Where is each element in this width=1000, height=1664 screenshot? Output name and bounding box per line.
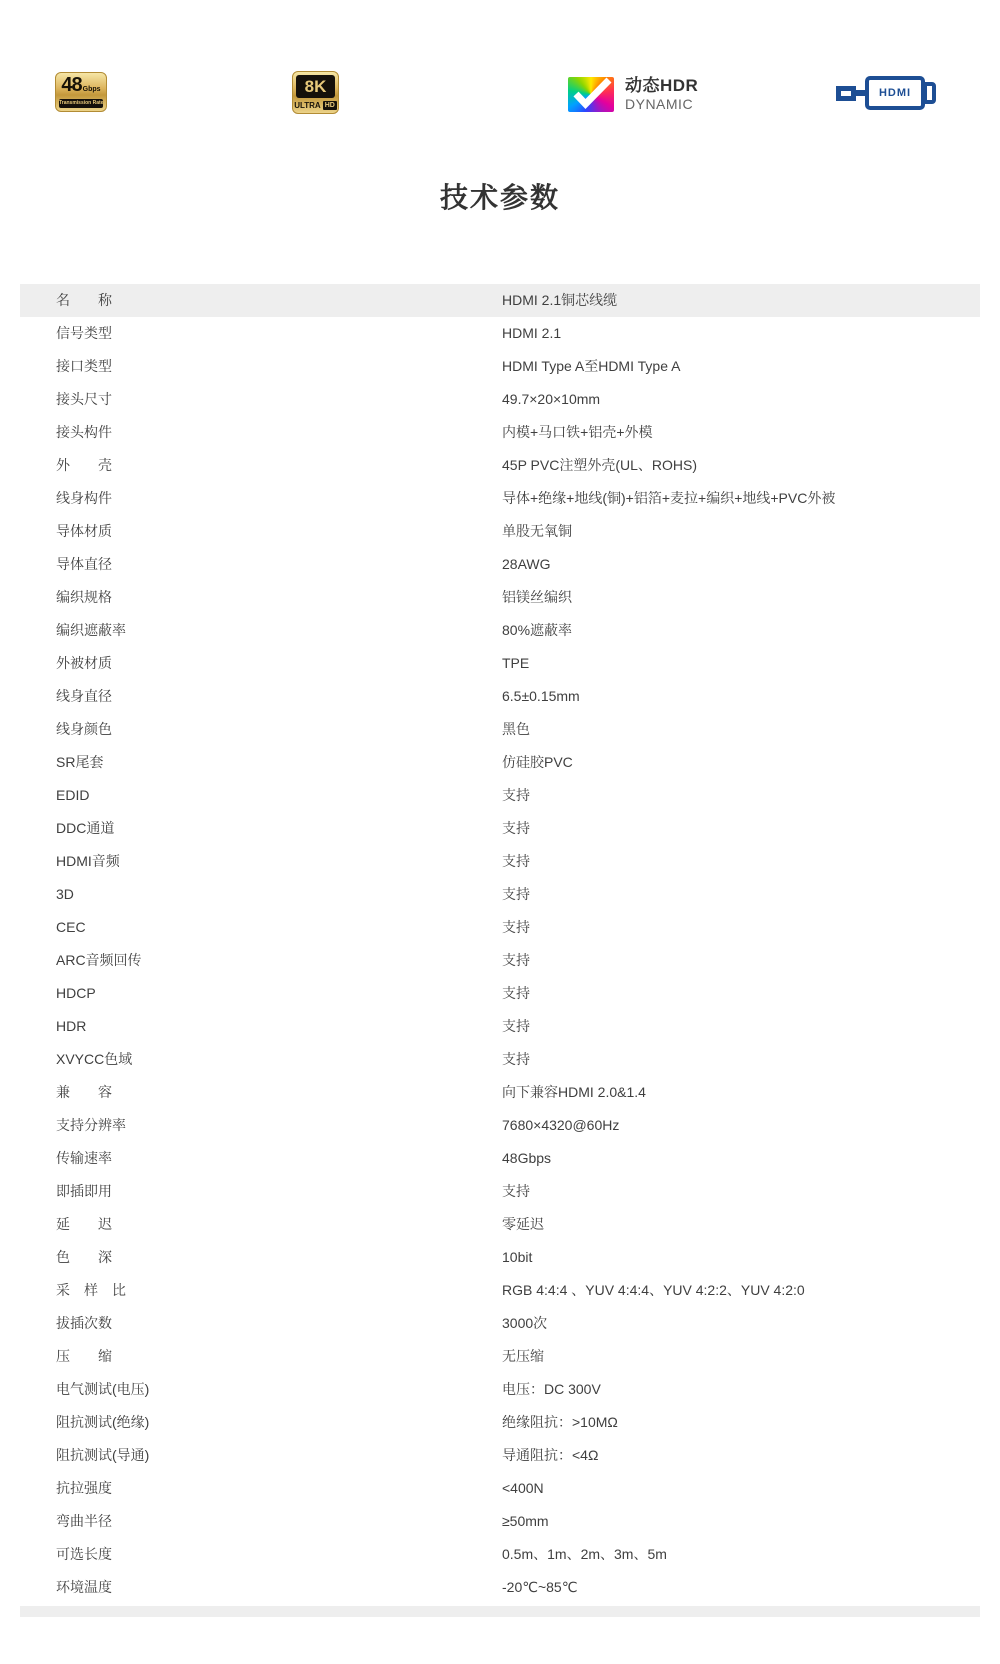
spec-value: HDMI 2.1铜芯线缆 xyxy=(502,284,980,317)
8k-label: 8K xyxy=(305,78,327,95)
spec-label: HDMI音频 xyxy=(56,845,502,878)
spec-value: 内模+马口铁+铝壳+外模 xyxy=(502,416,980,449)
spec-label: 抗拉强度 xyxy=(56,1472,502,1505)
spec-label: 3D xyxy=(56,878,502,911)
spec-value: 3000次 xyxy=(502,1307,980,1340)
table-row: 接头构件 内模+马口铁+铝壳+外模 xyxy=(20,416,980,449)
spec-value: 支持 xyxy=(502,1175,980,1208)
spec-value: 支持 xyxy=(502,812,980,845)
table-row: 支持分辨率 7680×4320@60Hz xyxy=(20,1109,980,1142)
spec-value: 45P PVC注塑外壳(UL、ROHS) xyxy=(502,449,980,482)
48gbps-caption: Transmission Rate xyxy=(59,99,103,108)
spec-label: 环境温度 xyxy=(56,1571,502,1604)
hdmi-plug-tip xyxy=(923,82,936,104)
table-row: 拔插次数 3000次 xyxy=(20,1307,980,1340)
hdmi-connector-icon: HDMI xyxy=(836,76,936,110)
table-row: 编织遮蔽率 80%遮蔽率 xyxy=(20,614,980,647)
spec-label: 压 缩 xyxy=(56,1340,502,1373)
spec-label: HDR xyxy=(56,1010,502,1043)
spec-label: 信号类型 xyxy=(56,317,502,350)
spec-label: ARC音频回传 xyxy=(56,944,502,977)
spec-value: 支持 xyxy=(502,878,980,911)
spec-value: 6.5±0.15mm xyxy=(502,680,980,713)
spec-label: 阻抗测试(绝缘) xyxy=(56,1406,502,1439)
spec-value: 49.7×20×10mm xyxy=(502,383,980,416)
spec-table: 名 称 HDMI 2.1铜芯线缆 信号类型 HDMI 2.1 接口类型 HDMI… xyxy=(20,284,980,1604)
dynamic-hdr-badge: 动态HDR DYNAMIC xyxy=(568,77,698,112)
spec-label: 电气测试(电压) xyxy=(56,1373,502,1406)
table-row: 3D 支持 xyxy=(20,878,980,911)
spec-label: 外被材质 xyxy=(56,647,502,680)
table-row: 编织规格 铝镁丝编织 xyxy=(20,581,980,614)
table-row: XVYCC色域 支持 xyxy=(20,1043,980,1076)
spec-value: HDMI Type A至HDMI Type A xyxy=(502,350,980,383)
feature-badge-strip: 48 Gbps Transmission Rate 8K ULTRA HD 动态… xyxy=(0,0,1000,170)
table-row: 信号类型 HDMI 2.1 xyxy=(20,317,980,350)
48gbps-unit: Gbps xyxy=(83,86,101,93)
spec-label: 接头尺寸 xyxy=(56,383,502,416)
spec-value: RGB 4:4:4 、YUV 4:4:4、YUV 4:2:2、YUV 4:2:0 xyxy=(502,1274,980,1307)
table-row: 环境温度 -20℃~85℃ xyxy=(20,1571,980,1604)
table-row: 兼 容 向下兼容HDMI 2.0&1.4 xyxy=(20,1076,980,1109)
table-row: 线身直径 6.5±0.15mm xyxy=(20,680,980,713)
table-row: HDR 支持 xyxy=(20,1010,980,1043)
spec-value: HDMI 2.1 xyxy=(502,317,980,350)
table-row: EDID 支持 xyxy=(20,779,980,812)
hdr-badge-text: 动态HDR DYNAMIC xyxy=(625,77,698,112)
bottom-divider-bar xyxy=(20,1606,980,1617)
table-row: 外被材质 TPE xyxy=(20,647,980,680)
spec-value: 7680×4320@60Hz xyxy=(502,1109,980,1142)
spec-label: SR尾套 xyxy=(56,746,502,779)
table-row: CEC 支持 xyxy=(20,911,980,944)
table-row: 接头尺寸 49.7×20×10mm xyxy=(20,383,980,416)
ultra-label: ULTRA xyxy=(294,101,321,110)
spec-value: -20℃~85℃ xyxy=(502,1571,980,1604)
spec-label: 弯曲半径 xyxy=(56,1505,502,1538)
spec-label: 支持分辨率 xyxy=(56,1109,502,1142)
spec-value: 0.5m、1m、2m、3m、5m xyxy=(502,1538,980,1571)
table-row: 可选长度 0.5m、1m、2m、3m、5m xyxy=(20,1538,980,1571)
spec-label: XVYCC色域 xyxy=(56,1043,502,1076)
page-title: 技术参数 xyxy=(0,170,1000,225)
spec-label: HDCP xyxy=(56,977,502,1010)
table-row: SR尾套 仿硅胶PVC xyxy=(20,746,980,779)
spec-label: 线身直径 xyxy=(56,680,502,713)
spec-value: 支持 xyxy=(502,944,980,977)
hd-tag: HD xyxy=(323,101,337,110)
spec-label: 导体直径 xyxy=(56,548,502,581)
8k-ultra-hd-badge: 8K ULTRA HD xyxy=(292,71,339,114)
spec-label: EDID xyxy=(56,779,502,812)
spec-value: 10bit xyxy=(502,1241,980,1274)
spec-value: 仿硅胶PVC xyxy=(502,746,980,779)
table-row: 导体材质 单股无氧铜 xyxy=(20,515,980,548)
spec-value: 支持 xyxy=(502,911,980,944)
spec-value: 绝缘阻抗：>10MΩ xyxy=(502,1406,980,1439)
spec-value: 支持 xyxy=(502,845,980,878)
table-row: 接口类型 HDMI Type A至HDMI Type A xyxy=(20,350,980,383)
table-row: 采 样 比 RGB 4:4:4 、YUV 4:4:4、YUV 4:2:2、YUV… xyxy=(20,1274,980,1307)
hdmi-plug-body: HDMI xyxy=(865,76,925,110)
spec-value: 支持 xyxy=(502,1010,980,1043)
spec-value: 铝镁丝编织 xyxy=(502,581,980,614)
spec-value: 单股无氧铜 xyxy=(502,515,980,548)
spec-label: 延 迟 xyxy=(56,1208,502,1241)
hdmi-plug-end xyxy=(836,86,856,101)
spec-value: 支持 xyxy=(502,1043,980,1076)
spec-label: 接口类型 xyxy=(56,350,502,383)
rainbow-check-icon xyxy=(568,77,614,112)
table-row: 传输速率 48Gbps xyxy=(20,1142,980,1175)
spec-label: 可选长度 xyxy=(56,1538,502,1571)
hdr-subtitle: DYNAMIC xyxy=(625,96,698,112)
table-row: 色 深 10bit xyxy=(20,1241,980,1274)
48gbps-badge-top: 48 Gbps xyxy=(56,73,106,95)
table-row: 抗拉强度 <400N xyxy=(20,1472,980,1505)
spec-label: 传输速率 xyxy=(56,1142,502,1175)
spec-value: ≥50mm xyxy=(502,1505,980,1538)
spec-value: 黑色 xyxy=(502,713,980,746)
spec-label: 线身颜色 xyxy=(56,713,502,746)
spec-value: 零延迟 xyxy=(502,1208,980,1241)
table-row: 外 壳 45P PVC注塑外壳(UL、ROHS) xyxy=(20,449,980,482)
table-row: 电气测试(电压) 电压：DC 300V xyxy=(20,1373,980,1406)
spec-value: 无压缩 xyxy=(502,1340,980,1373)
spec-label: 外 壳 xyxy=(56,449,502,482)
table-row: 名 称 HDMI 2.1铜芯线缆 xyxy=(20,284,980,317)
spec-label: 阻抗测试(导通) xyxy=(56,1439,502,1472)
spec-label: 色 深 xyxy=(56,1241,502,1274)
table-row: HDCP 支持 xyxy=(20,977,980,1010)
spec-label: 编织规格 xyxy=(56,581,502,614)
spec-label: 编织遮蔽率 xyxy=(56,614,502,647)
spec-label: 导体材质 xyxy=(56,515,502,548)
spec-label: 接头构件 xyxy=(56,416,502,449)
spec-label: 名 称 xyxy=(56,284,502,317)
48gbps-value: 48 xyxy=(61,75,81,95)
spec-label: 拔插次数 xyxy=(56,1307,502,1340)
spec-label: CEC xyxy=(56,911,502,944)
table-row: 阻抗测试(导通) 导通阻抗：<4Ω xyxy=(20,1439,980,1472)
hdmi-label: HDMI xyxy=(879,87,911,99)
spec-value: 支持 xyxy=(502,779,980,812)
table-row: ARC音频回传 支持 xyxy=(20,944,980,977)
spec-value: 导通阻抗：<4Ω xyxy=(502,1439,980,1472)
spec-value: 向下兼容HDMI 2.0&1.4 xyxy=(502,1076,980,1109)
spec-label: 线身构件 xyxy=(56,482,502,515)
spec-value: 28AWG xyxy=(502,548,980,581)
table-row: 阻抗测试(绝缘) 绝缘阻抗：>10MΩ xyxy=(20,1406,980,1439)
table-row: 线身构件 导体+绝缘+地线(铜)+铝箔+麦拉+编织+地线+PVC外被 xyxy=(20,482,980,515)
48gbps-badge: 48 Gbps Transmission Rate xyxy=(55,72,107,112)
table-row: 即插即用 支持 xyxy=(20,1175,980,1208)
table-row: HDMI音频 支持 xyxy=(20,845,980,878)
table-row: 压 缩 无压缩 xyxy=(20,1340,980,1373)
8k-badge-bottom: ULTRA HD xyxy=(296,98,335,113)
spec-label: 兼 容 xyxy=(56,1076,502,1109)
spec-label: 即插即用 xyxy=(56,1175,502,1208)
spec-value: <400N xyxy=(502,1472,980,1505)
hdmi-plug-bar xyxy=(856,90,865,96)
table-row: DDC通道 支持 xyxy=(20,812,980,845)
spec-value: 支持 xyxy=(502,977,980,1010)
spec-value: 电压：DC 300V xyxy=(502,1373,980,1406)
table-row: 延 迟 零延迟 xyxy=(20,1208,980,1241)
spec-label: 采 样 比 xyxy=(56,1274,502,1307)
spec-label: DDC通道 xyxy=(56,812,502,845)
spec-value: 80%遮蔽率 xyxy=(502,614,980,647)
product-spec-page: 48 Gbps Transmission Rate 8K ULTRA HD 动态… xyxy=(0,0,1000,1664)
table-row: 线身颜色 黑色 xyxy=(20,713,980,746)
spec-value: TPE xyxy=(502,647,980,680)
table-row: 导体直径 28AWG xyxy=(20,548,980,581)
hdr-title: 动态HDR xyxy=(625,77,698,96)
table-row: 弯曲半径 ≥50mm xyxy=(20,1505,980,1538)
8k-badge-screen: 8K xyxy=(296,75,335,98)
spec-value: 导体+绝缘+地线(铜)+铝箔+麦拉+编织+地线+PVC外被 xyxy=(502,482,980,515)
spec-value: 48Gbps xyxy=(502,1142,980,1175)
